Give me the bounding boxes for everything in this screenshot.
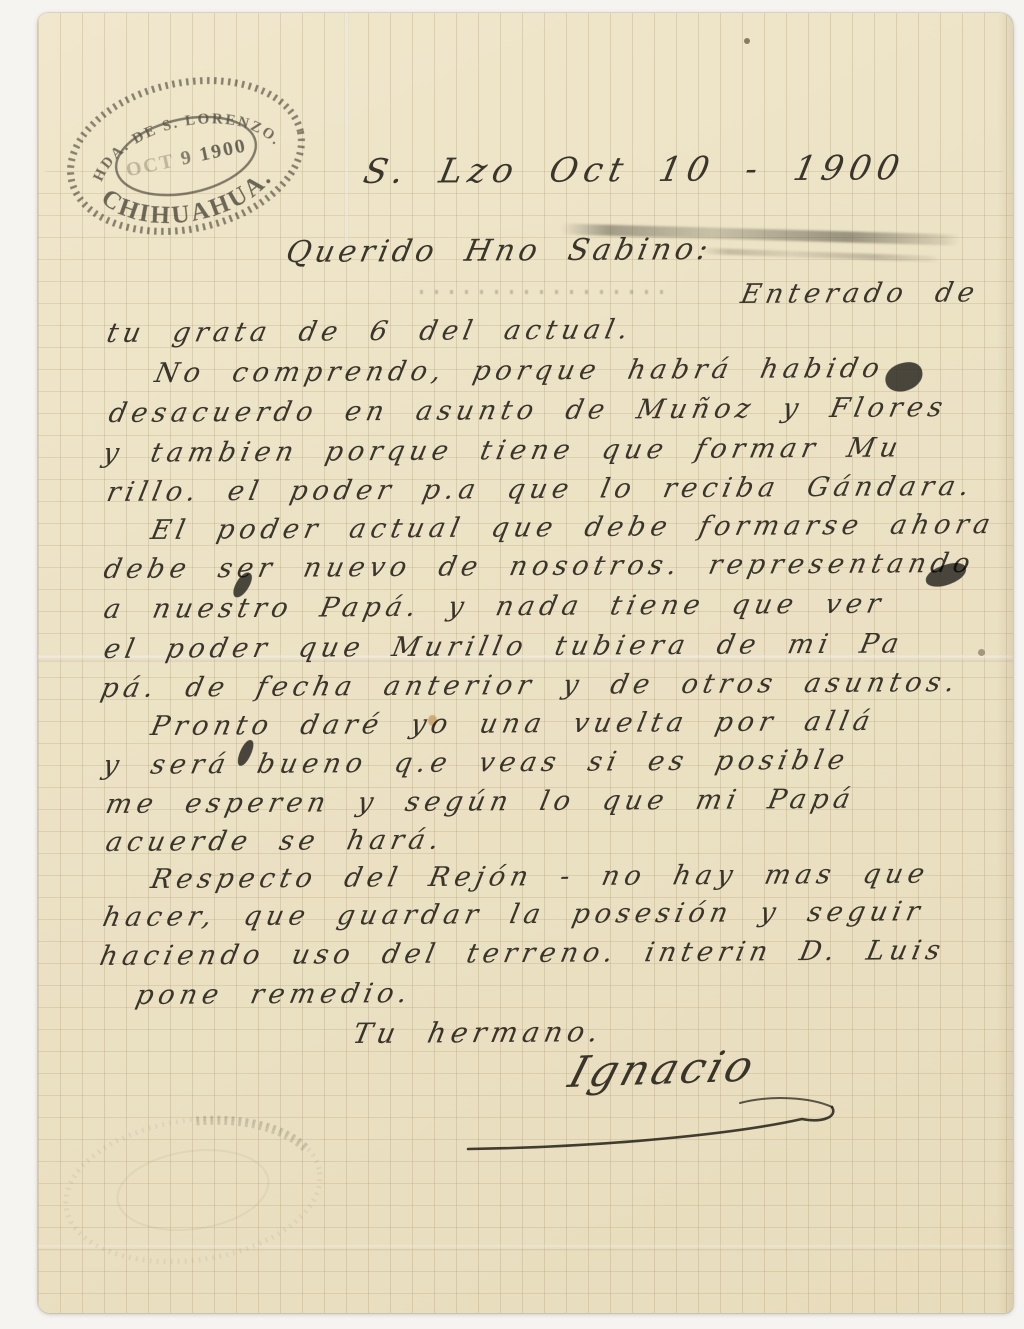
ghost-stamp-impression bbox=[47, 1095, 341, 1287]
letter-line: hacer, que guardar la posesión y seguir bbox=[100, 896, 927, 933]
scan-background: HDA. DE S. LORENZO. CHIHUAHUA. OCT 9 190… bbox=[0, 0, 1024, 1329]
letter-line: y será bueno q.e veas si es posible bbox=[100, 745, 852, 781]
letter-page: HDA. DE S. LORENZO. CHIHUAHUA. OCT 9 190… bbox=[38, 13, 1013, 1313]
letter-line: pá. de fecha anterior y de otros asuntos… bbox=[98, 667, 962, 704]
hacienda-date-stamp: HDA. DE S. LORENZO. CHIHUAHUA. OCT 9 190… bbox=[48, 52, 324, 260]
paper-speck bbox=[978, 649, 985, 656]
letter-line: Respecto del Rejón - no hay mas que bbox=[148, 859, 932, 895]
letter-line: Enterado de bbox=[738, 277, 982, 310]
paper-speck bbox=[744, 38, 750, 44]
ink-blot bbox=[883, 359, 926, 394]
signature-flourish bbox=[440, 1075, 850, 1160]
letter-line: y tambien porque tiene que formar Mu bbox=[100, 432, 906, 469]
letter-line: desacuerdo en asunto de Muñoz y Flores bbox=[106, 392, 950, 429]
letter-line: tu grata de 6 del actual. bbox=[104, 314, 636, 349]
letter-line: haciendo uso del terreno. interin D. Lui… bbox=[97, 935, 948, 972]
letter-line: Pronto daré yo una vuelta por allá bbox=[148, 706, 878, 742]
letter-line: No comprendo, porque habrá habido bbox=[152, 353, 887, 389]
letter-line: acuerde se hará. bbox=[103, 825, 447, 858]
letter-line: me esperen y según lo que mi Papá bbox=[103, 784, 858, 820]
letter-line: El poder actual que debe formarse ahora bbox=[148, 509, 998, 546]
letter-salutation: Querido Hno Sabino: bbox=[283, 232, 715, 270]
vertical-fold-crease bbox=[344, 13, 349, 258]
faded-dots-row bbox=[420, 290, 675, 294]
letter-closing: Tu hermano. bbox=[350, 1015, 606, 1050]
letter-line: a nuestro Papá. y nada tiene que ver bbox=[101, 589, 888, 625]
letter-dateline: S. Lzo Oct 10 - 1900 bbox=[360, 148, 909, 192]
paper-edge-shadow bbox=[997, 13, 1013, 1313]
letter-line: el poder que Murillo tubiera de mi Pa bbox=[101, 628, 906, 665]
letter-line: debe ser nuevo de nosotros. representand… bbox=[101, 548, 978, 585]
ink-smear-small bbox=[700, 248, 940, 262]
letter-line: pone remedio. bbox=[133, 978, 415, 1011]
letter-line: rillo. el poder p.a que lo reciba Gándar… bbox=[104, 471, 977, 508]
